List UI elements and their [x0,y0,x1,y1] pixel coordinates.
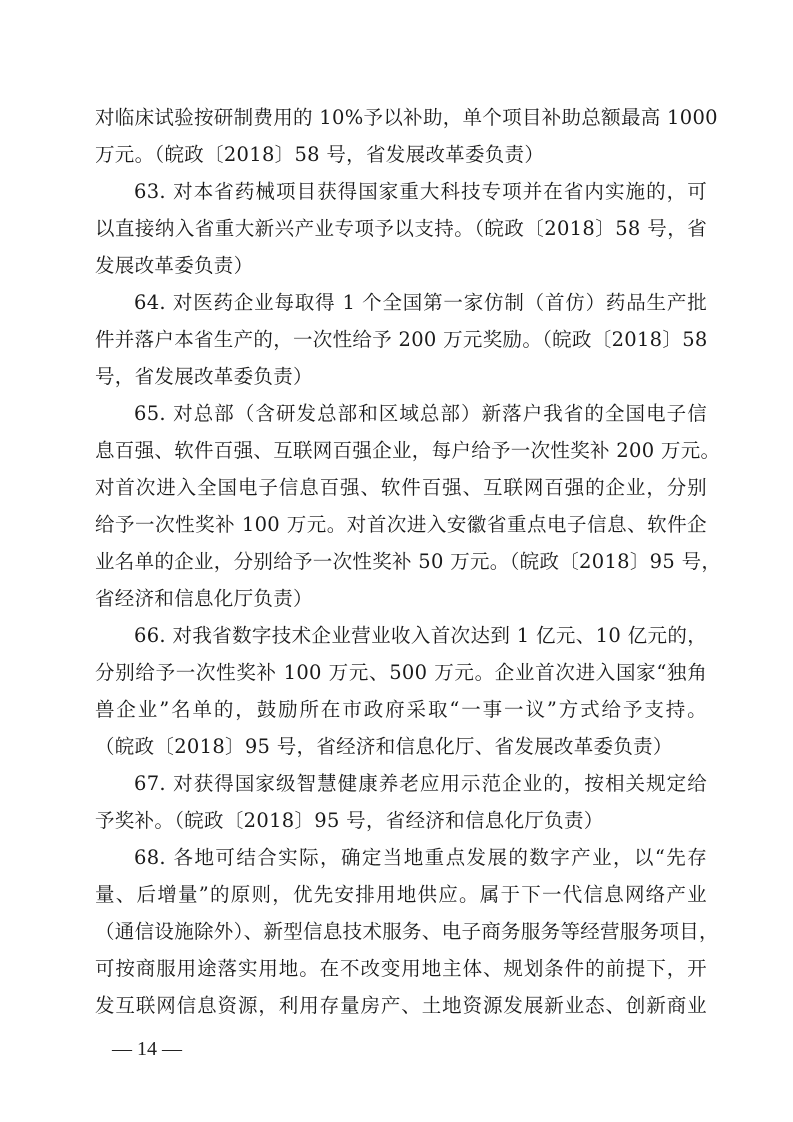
text-line: 以直接纳入省重大新兴产业专项予以支持。（皖政〔2018〕58 号，省 [95,214,707,244]
text-line: （通信设施除外）、新型信息技术服务、电子商务服务等经营服务项目， [95,917,707,947]
item-67-heading-line: 67. 对获得国家级智慧健康养老应用示范企业的，按相关规定给 [134,769,707,799]
text-line: 发展改革委负责） [95,251,707,281]
text-line: 息百强、软件百强、互联网百强企业，每户给予一次性奖补 200 万元。 [95,436,707,466]
text-line: 发互联网信息资源，利用存量房产、土地资源发展新业态、创新商业 [95,991,707,1021]
item-66-heading-line: 66. 对我省数字技术企业营业收入首次达到 1 亿元、10 亿元的， [134,621,707,651]
item-65-heading-line: 65. 对总部（含研发总部和区域总部）新落户我省的全国电子信 [134,399,707,429]
text-line: 对临床试验按研制费用的 10%予以补助，单个项目补助总额最高 1000 [95,103,707,133]
text-line: 可按商服用途落实用地。在不改变用地主体、规划条件的前提下，开 [95,954,707,984]
text-line: 量、后增量”的原则，优先安排用地供应。属于下一代信息网络产业 [95,880,707,910]
text-line: 件并落户本省生产的，一次性给予 200 万元奖励。（皖政〔2018〕58 [95,325,707,355]
text-line: 兽企业”名单的，鼓励所在市政府采取“一事一议”方式给予支持。 [95,695,707,725]
text-line: 对首次进入全国电子信息百强、软件百强、互联网百强的企业，分别 [95,473,707,503]
page-number: — 14 — [112,1038,182,1061]
text-line: 省经济和信息化厅负责） [95,584,707,614]
text-line: 号，省发展改革委负责） [95,362,707,392]
text-line: 业名单的企业，分别给予一次性奖补 50 万元。（皖政〔2018〕95 号， [95,547,707,577]
item-68-heading-line: 68. 各地可结合实际，确定当地重点发展的数字产业，以“先存 [134,843,707,873]
text-line: （皖政〔2018〕95 号，省经济和信息化厅、省发展改革委负责） [95,732,707,762]
item-63-heading-line: 63. 对本省药械项目获得国家重大科技专项并在省内实施的，可 [134,177,707,207]
text-line: 分别给予一次性奖补 100 万元、500 万元。企业首次进入国家“独角 [95,658,707,688]
item-64-heading-line: 64. 对医药企业每取得 1 个全国第一家仿制（首仿）药品生产批 [134,288,707,318]
text-line: 予奖补。（皖政〔2018〕95 号，省经济和信息化厅负责） [95,806,707,836]
text-line: 给予一次性奖补 100 万元。对首次进入安徽省重点电子信息、软件企 [95,510,707,540]
text-line: 万元。（皖政〔2018〕58 号，省发展改革委负责） [95,140,707,170]
document-page: 对临床试验按研制费用的 10%予以补助，单个项目补助总额最高 1000 万元。（… [0,0,793,1122]
